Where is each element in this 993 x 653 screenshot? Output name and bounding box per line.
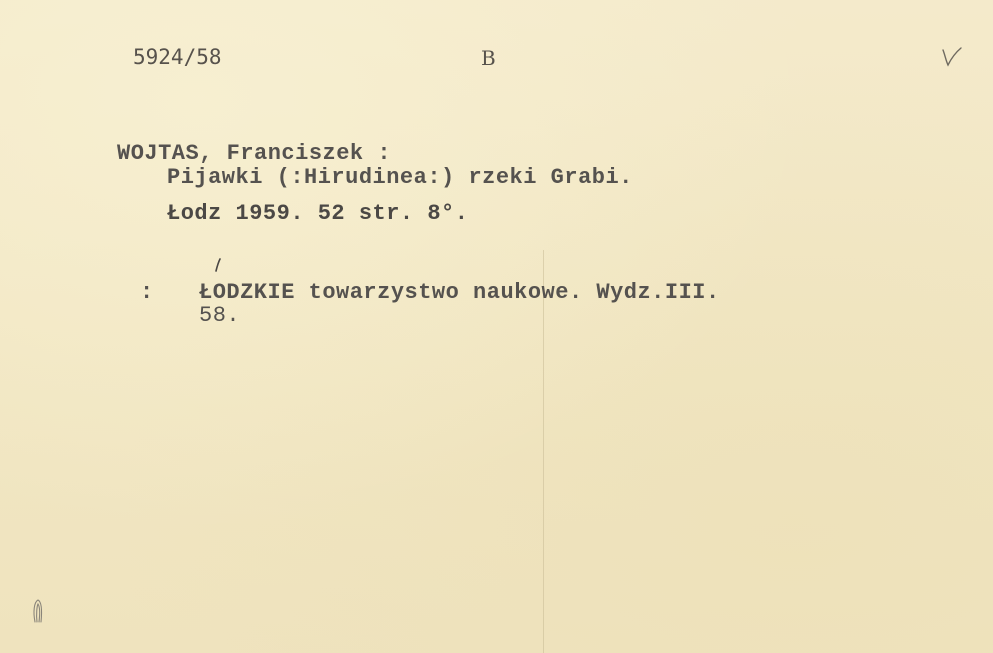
loop-mark-icon [32, 598, 44, 624]
series-statement: ŁODZKIE towarzystwo naukowe. Wydz.III. [199, 282, 720, 304]
catalog-card: 5924/58 B WOJTAS, Franciszek : Pijawki (… [0, 0, 993, 653]
series-number: 58. [199, 305, 240, 327]
paper-crease [543, 250, 544, 653]
location-code: B [481, 48, 496, 68]
checkmark-icon [940, 46, 964, 68]
call-number: 5924/58 [133, 47, 222, 68]
accent-mark-icon [214, 258, 222, 272]
series-bullet: : [140, 282, 154, 304]
book-title: Pijawki (:Hirudinea:) rzeki Grabi. [167, 167, 633, 189]
imprint: Łodz 1959. 52 str. 8°. [167, 203, 468, 225]
author-heading: WOJTAS, Franciszek : [117, 143, 391, 165]
